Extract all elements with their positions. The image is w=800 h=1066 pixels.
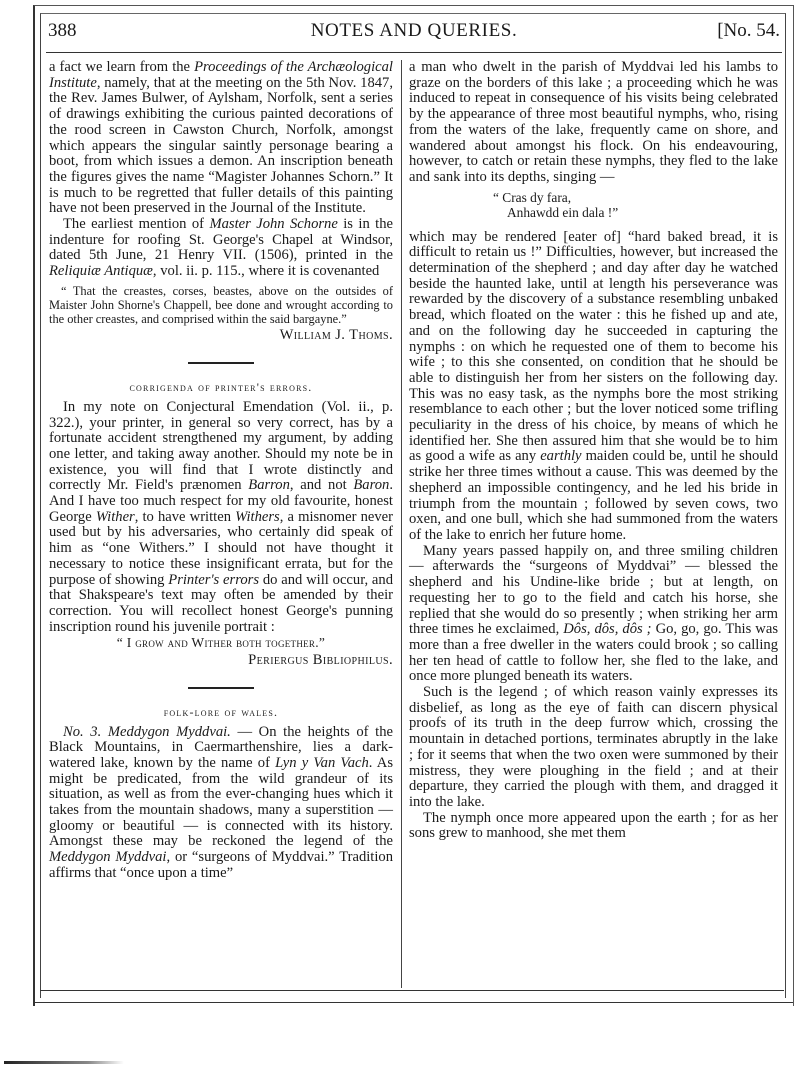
verse-line: Anhawdd ein dala !”	[493, 205, 778, 220]
section-heading: CORRIGENDA OF PRINTER'S ERRORS.	[49, 380, 393, 396]
paragraph: The nymph once more appeared upon the ea…	[409, 811, 778, 842]
header-rule	[46, 52, 782, 53]
block-quote: “ That the creastes, corses, beastes, ab…	[49, 284, 393, 327]
left-column: a fact we learn from the Proceedings of …	[49, 60, 393, 882]
paragraph: a man who dwelt in the parish of Myddvai…	[409, 60, 778, 186]
column-divider	[401, 60, 402, 988]
verse-line: “ Cras dy fara,	[493, 190, 778, 205]
paragraph: which may be rendered [eater of] “hard b…	[409, 230, 778, 544]
paragraph: The earliest mention of Master John Scho…	[49, 217, 393, 280]
paragraph: Many years passed happily on, and three …	[409, 544, 778, 685]
motto: “ I grow and Wither both together.”	[49, 635, 393, 651]
paragraph: Such is the legend ; of which reason vai…	[409, 685, 778, 811]
scan-smudge	[4, 1061, 124, 1064]
right-column: a man who dwelt in the parish of Myddvai…	[409, 60, 778, 842]
signature: William J. Thoms.	[49, 328, 393, 344]
paragraph: No. 3. Meddygon Myddvai. — On the height…	[49, 725, 393, 882]
issue-number: [No. 54.	[717, 20, 780, 42]
bottom-rule	[40, 990, 784, 991]
journal-title: NOTES AND QUERIES.	[46, 20, 782, 42]
section-separator	[188, 362, 254, 364]
paragraph: In my note on Conjectural Emendation (Vo…	[49, 400, 393, 636]
signature: Periergus Bibliophilus.	[49, 653, 393, 669]
section-separator	[188, 687, 254, 689]
bottom-outer-rule	[33, 1002, 793, 1003]
verse: “ Cras dy fara, Anhawdd ein dala !”	[493, 190, 778, 220]
section-heading: FOLK-LORE OF WALES.	[49, 705, 393, 721]
paragraph: a fact we learn from the Proceedings of …	[49, 60, 393, 217]
running-header: 388 NOTES AND QUERIES. [No. 54.	[46, 18, 782, 46]
